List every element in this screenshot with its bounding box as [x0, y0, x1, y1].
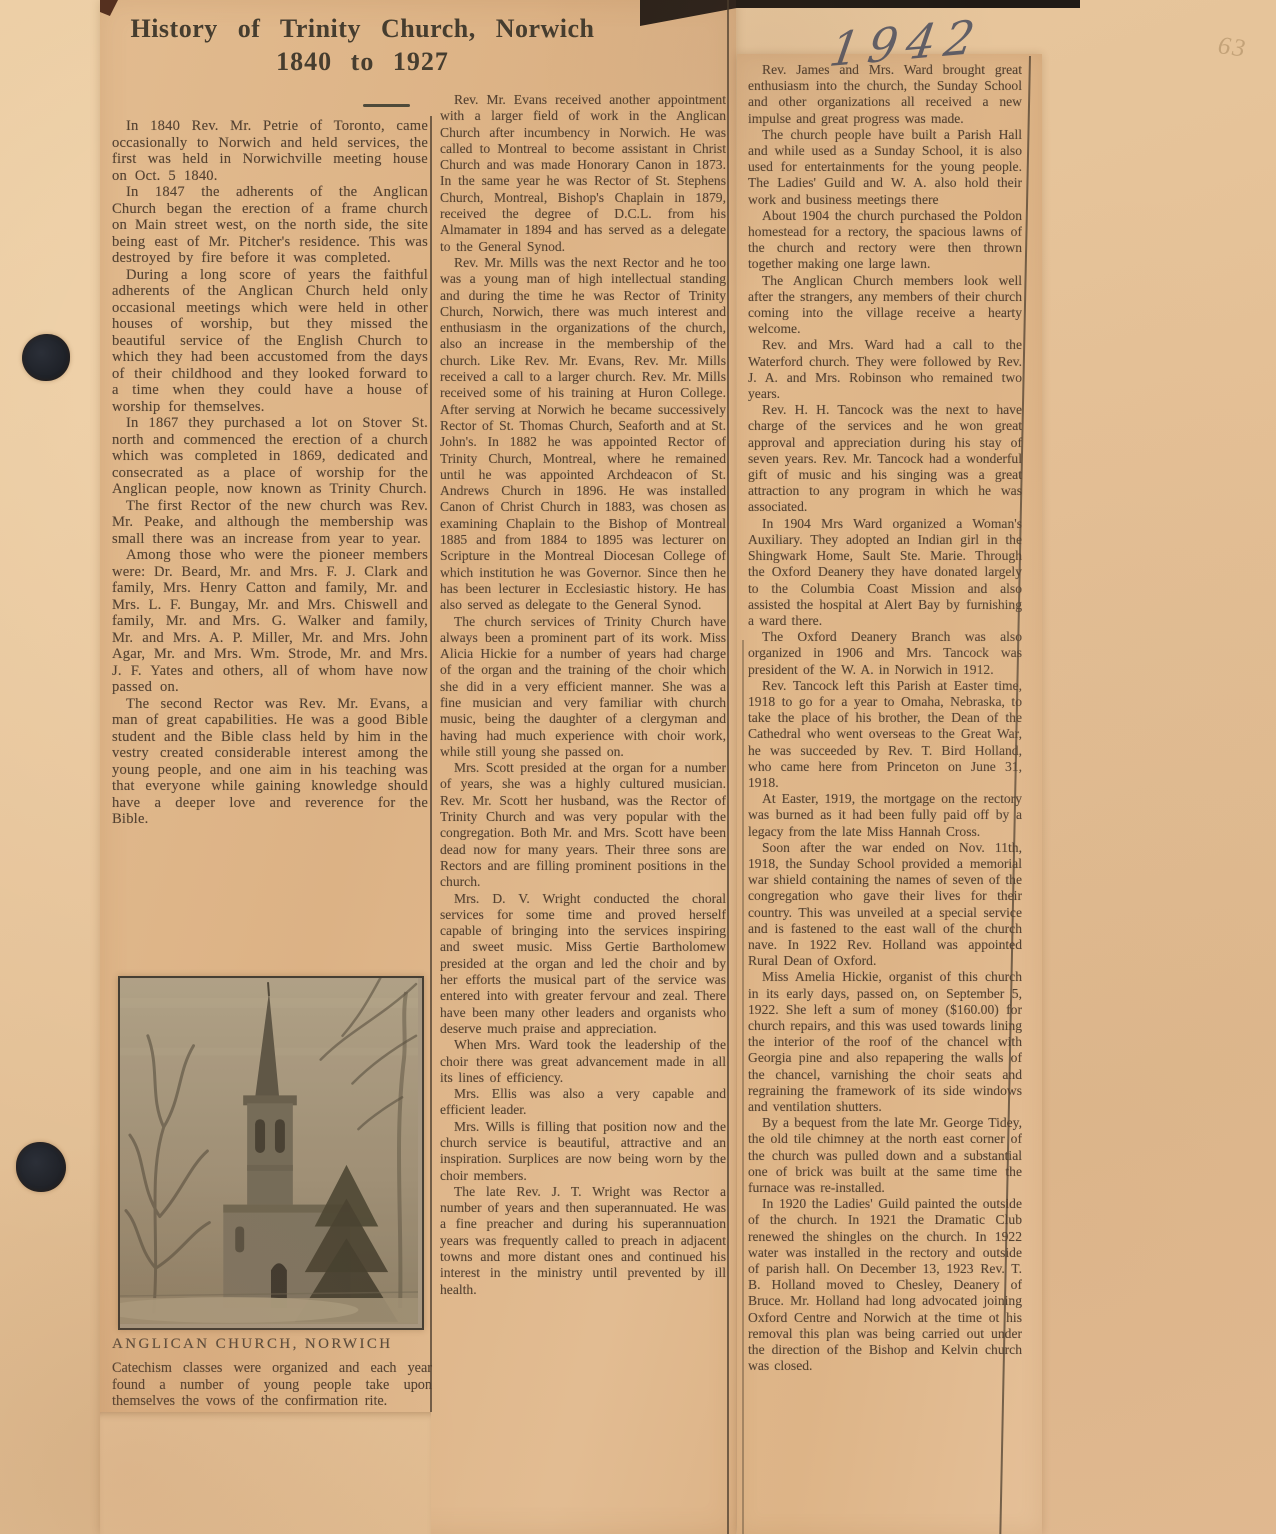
- paragraph: The Anglican Church members look well af…: [748, 273, 1022, 338]
- punch-hole-bottom: [16, 1142, 66, 1192]
- paragraph: Among those who were the pioneer members…: [112, 547, 428, 696]
- paragraph: Catechism classes were organized and eac…: [112, 1360, 432, 1410]
- article-title-line2: 1840 to 1927: [110, 46, 615, 78]
- paragraph: During a long score of years the faithfu…: [112, 267, 428, 416]
- paragraph: At Easter, 1919, the mortgage on the rec…: [748, 791, 1022, 840]
- paragraph: By a bequest from the late Mr. George Ti…: [748, 1115, 1022, 1196]
- paragraph: The church people have built a Parish Ha…: [748, 127, 1022, 208]
- paragraph: Rev. and Mrs. Ward had a call to the Wat…: [748, 337, 1022, 402]
- scrapbook-page: History of Trinity Church, Norwich 1840 …: [0, 0, 1276, 1534]
- article-column-3: Rev. James and Mrs. Ward brought great e…: [748, 62, 1022, 1530]
- paragraph: Mrs. D. V. Wright conducted the choral s…: [440, 891, 726, 1038]
- right-clipping-left-rule: [742, 640, 744, 1534]
- article-column-1: In 1840 Rev. Mr. Petrie of Toronto, came…: [112, 118, 428, 828]
- photo-caption: ANGLICAN CHURCH, NORWICH: [112, 1336, 432, 1353]
- paragraph: In 1840 Rev. Mr. Petrie of Toronto, came…: [112, 118, 428, 184]
- paragraph: Mrs. Scott presided at the organ for a n…: [440, 760, 726, 890]
- page-top-edge-shadow: [736, 0, 1080, 8]
- punch-hole-top: [22, 334, 70, 381]
- church-photo-image: [120, 978, 418, 1324]
- article-column-2: Rev. Mr. Evans received another appointm…: [440, 92, 726, 1532]
- paragraph: The church services of Trinity Church ha…: [440, 614, 726, 761]
- paragraph: Rev. H. H. Tancock was the next to have …: [748, 402, 1022, 515]
- paragraph: Mrs. Wills is filling that position now …: [440, 1119, 726, 1184]
- paragraph: Rev. Mr. Mills was the next Rector and h…: [440, 255, 726, 614]
- paragraph: Rev. Mr. Evans received another appointm…: [440, 92, 726, 255]
- article-title: History of Trinity Church, Norwich 1840 …: [110, 12, 615, 78]
- paragraph: Soon after the war ended on Nov. 11th, 1…: [748, 840, 1022, 970]
- paragraph: Mrs. Ellis was also a very capable and e…: [440, 1086, 726, 1119]
- paragraph: The second Rector was Rev. Mr. Evans, a …: [112, 696, 428, 828]
- column-divider-1: [430, 116, 432, 1412]
- paragraph: About 1904 the church purchased the Pold…: [748, 208, 1022, 273]
- paragraph: When Mrs. Ward took the leadership of th…: [440, 1037, 726, 1086]
- title-divider-dash: [363, 104, 410, 107]
- column-divider-2: [727, 0, 729, 1534]
- paragraph: The first Rector of the new church was R…: [112, 498, 428, 548]
- paragraph: In 1920 the Ladies' Guild painted the ou…: [748, 1196, 1022, 1374]
- paragraph: In 1847 the adherents of the Anglican Ch…: [112, 184, 428, 267]
- paragraph: The late Rev. J. T. Wright was Rector a …: [440, 1184, 726, 1298]
- photo-note: Catechism classes were organized and eac…: [112, 1360, 432, 1410]
- paragraph: In 1904 Mrs Ward organized a Woman's Aux…: [748, 516, 1022, 629]
- church-photo: [118, 976, 424, 1330]
- paragraph: The Oxford Deanery Branch was also organ…: [748, 629, 1022, 678]
- paragraph: Rev. Tancock left this Parish at Easter …: [748, 678, 1022, 791]
- paper-below-clipping: [100, 1412, 431, 1534]
- page-number-mark: 63: [1216, 32, 1249, 64]
- paragraph: Miss Amelia Hickie, organist of this chu…: [748, 969, 1022, 1115]
- article-title-line1: History of Trinity Church, Norwich: [110, 12, 615, 46]
- paragraph: In 1867 they purchased a lot on Stover S…: [112, 415, 428, 498]
